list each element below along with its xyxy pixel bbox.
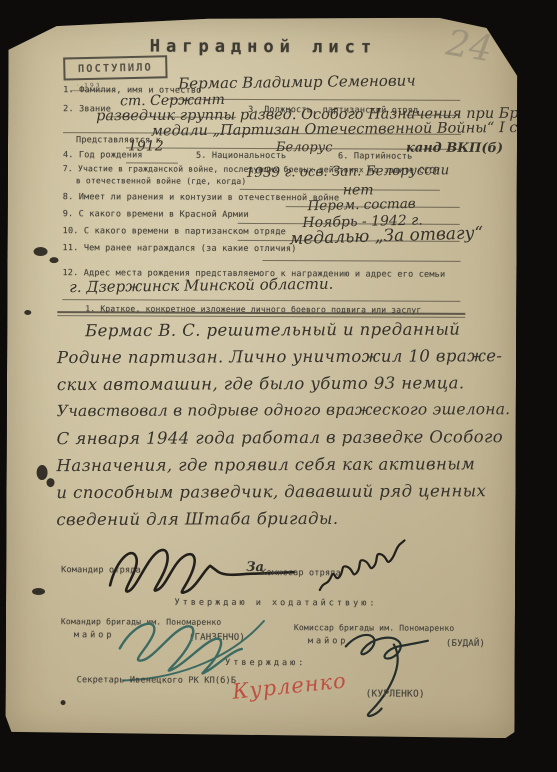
field-9-value: Перем. состав bbox=[307, 196, 415, 214]
underline bbox=[126, 162, 178, 163]
citation-header: 1. Краткое, конкретное изложение личного… bbox=[85, 304, 421, 314]
brigade-commander-signature-ink bbox=[114, 614, 274, 685]
field-4-value: 1912 bbox=[128, 138, 164, 154]
field-11-label: 11. Чем ранее награждался (за какие отли… bbox=[63, 243, 297, 254]
page-title: Наградной лист bbox=[48, 36, 478, 58]
ink-blot bbox=[47, 478, 55, 487]
section-divider bbox=[57, 315, 465, 318]
citation-line: сведений для Штаба бригады. bbox=[56, 509, 338, 529]
underline bbox=[263, 260, 461, 262]
received-stamp: ПОСТУПИЛО bbox=[63, 55, 167, 80]
field-12-value: г. Дзержинск Минской области. bbox=[69, 275, 333, 296]
approve-line: Утверждаю: bbox=[186, 658, 346, 669]
citation-line: ских автомашин, где было убито 93 немца. bbox=[57, 373, 465, 394]
field-9-label: 9. С какого времени в Красной Армии bbox=[63, 209, 249, 220]
ink-blot bbox=[24, 310, 31, 315]
brigade-commander-rank: майор bbox=[74, 630, 115, 640]
ink-blot bbox=[34, 247, 48, 256]
citation-line: и способным разведчик, дававший ряд ценн… bbox=[56, 481, 486, 502]
citation-line: Назначения, где проявил себя как активны… bbox=[56, 454, 475, 475]
field-10-label: 10. С какого времени в партизанском отря… bbox=[63, 226, 286, 237]
underline bbox=[240, 189, 440, 191]
ink-blot bbox=[61, 700, 66, 705]
citation-line: Бермас В. С. решительный и преданный bbox=[85, 320, 460, 341]
field-1-value: Бермас Владимир Семенович bbox=[178, 72, 416, 93]
document-sheet: Наградной лист 24 ПОСТУПИЛО · 193 1. Фам… bbox=[5, 16, 517, 738]
detachment-commissar-signature-ink bbox=[307, 530, 416, 600]
field-6-label: 6. Партийность bbox=[338, 151, 412, 161]
ink-blot bbox=[32, 588, 45, 595]
scan-background: { "colors": { "background": "#0d0c0a", "… bbox=[0, 0, 557, 772]
secretary-name: (КУРЛЕНКО) bbox=[366, 688, 425, 699]
citation-line: Родине партизан. Лично уничтожил 10 враж… bbox=[57, 346, 502, 367]
ink-blot bbox=[37, 465, 48, 480]
pencil-page-number: 24 bbox=[443, 22, 495, 70]
secretary-title: Секретарь Ивенецкого РК КП(б)Б bbox=[77, 675, 237, 686]
brigade-commissar-signature-ink bbox=[336, 624, 446, 719]
field-6-value: канд ВКП(б) bbox=[406, 141, 503, 156]
brigade-commissar-name: (БУДАЙ) bbox=[446, 639, 485, 649]
presented-for-value: медали „Партизан Отечественной Войны“ I … bbox=[151, 119, 557, 139]
field-5-value: Белорус bbox=[276, 140, 333, 155]
field-7-label-line2: в отечественной войне (где, когда) bbox=[76, 176, 247, 186]
field-8-label: 8. Имеет ли ранения и контузии в отечест… bbox=[63, 192, 340, 203]
underline bbox=[62, 299, 460, 302]
ink-blot bbox=[49, 257, 58, 263]
citation-line: Учавствовал в подрыве одного вражеского … bbox=[57, 400, 511, 420]
field-7-value: 1939 г. осв. Зап. Белоруссии bbox=[246, 162, 450, 181]
approve-petition-line: Утверждаю и ходатайствую: bbox=[136, 597, 416, 608]
citation-line: С января 1944 года работал в разведке Ос… bbox=[57, 427, 504, 448]
field-5-label: 5. Национальность bbox=[196, 151, 286, 161]
